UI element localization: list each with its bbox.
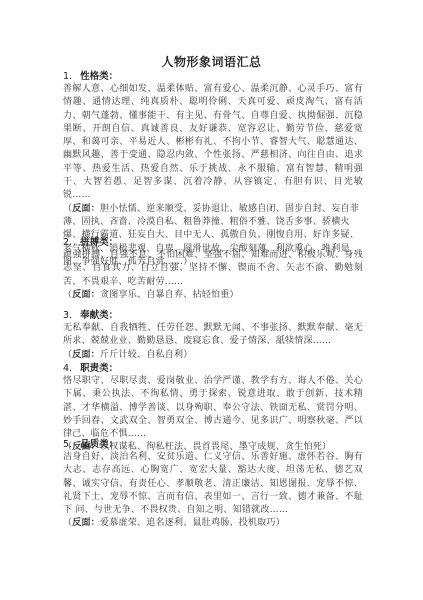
section-words: 恪尽职守、尽职尽责、爱岗敬业、治学严谨、教学有方、诲人不倦、关心下属、秉公执法、… — [63, 375, 363, 441]
section-words: 善解人意、心细如发、温柔体贴、富有爱心、温柔沉静、心灵手巧、富有情趣、通情达理、… — [63, 83, 363, 203]
antonym-label: 反面： — [72, 204, 100, 214]
section-number: 5. — [63, 439, 72, 450]
antonym-words: 斤斤计较、自私自利） — [100, 350, 193, 360]
section-words: 无私奉献、自我牺牲、任劳任怨、默默无闻、不事张扬、默默奉献、毫无所求、兢兢业业、… — [63, 322, 363, 349]
section-number: 3. — [63, 310, 72, 321]
antonym-label: 反面： — [72, 290, 100, 300]
section-dedication: 3.奉献类： 无私奉献、自我牺牲、任劳任怨、默默无闻、不事张扬、默默奉献、毫无所… — [63, 309, 363, 362]
document-title: 人物形象词语汇总 — [0, 53, 423, 70]
antonym-label: 反面： — [72, 518, 100, 528]
section-heading: 5.品质类： — [63, 438, 363, 451]
document-page: 人物形象词语汇总 1.性格类： 善解人意、心细如发、温柔体贴、富有爱心、温柔沉静… — [0, 0, 423, 600]
section-struggle: 2.拼搏类： 顽强拼搏、自强不息、不怕困难、坚强不屈、知难而进、积极乐观、身残志… — [63, 236, 363, 302]
section-words: 洁身自好、淡泊名利、安贫乐道、仁义守信、乐善好施、虚怀若谷、胸有大志、志存高远、… — [63, 451, 363, 517]
section-antonyms: （反面：斤斤计较、自私自利） — [63, 349, 363, 362]
section-name: 职责类： — [80, 363, 118, 374]
section-heading: 4.职责类： — [63, 362, 363, 375]
section-heading: 1.性格类： — [63, 70, 363, 83]
antonym-words: 贪图享乐、自暴自弃、拈轻怕重） — [100, 290, 239, 300]
section-name: 拼搏类： — [80, 237, 118, 248]
section-name: 性格类： — [80, 71, 118, 82]
section-antonyms: （反面：贪图享乐、自暴自弃、拈轻怕重） — [63, 289, 363, 302]
antonym-words: 爱慕虚荣、追名逐利、鼠肚鸡肠、投机取巧） — [100, 518, 285, 528]
section-heading: 2.拼搏类： — [63, 236, 363, 249]
section-heading: 3.奉献类： — [63, 309, 363, 322]
section-number: 1. — [63, 71, 72, 82]
section-words: 顽强拼搏、自强不息、不怕困难、坚强不屈、知难而进、积极乐观、身残志坚、自食其力、… — [63, 249, 363, 289]
section-name: 奉献类： — [80, 310, 118, 321]
section-number: 2. — [63, 237, 72, 248]
section-number: 4. — [63, 363, 72, 374]
section-character: 5.品质类： 洁身自好、淡泊名利、安贫乐道、仁义守信、乐善好施、虚怀若谷、胸有大… — [63, 438, 363, 531]
section-name: 品质类： — [80, 439, 118, 450]
antonym-label: 反面： — [72, 350, 100, 360]
section-antonyms: （反面：爱慕虚荣、追名逐利、鼠肚鸡肠、投机取巧） — [63, 517, 363, 530]
